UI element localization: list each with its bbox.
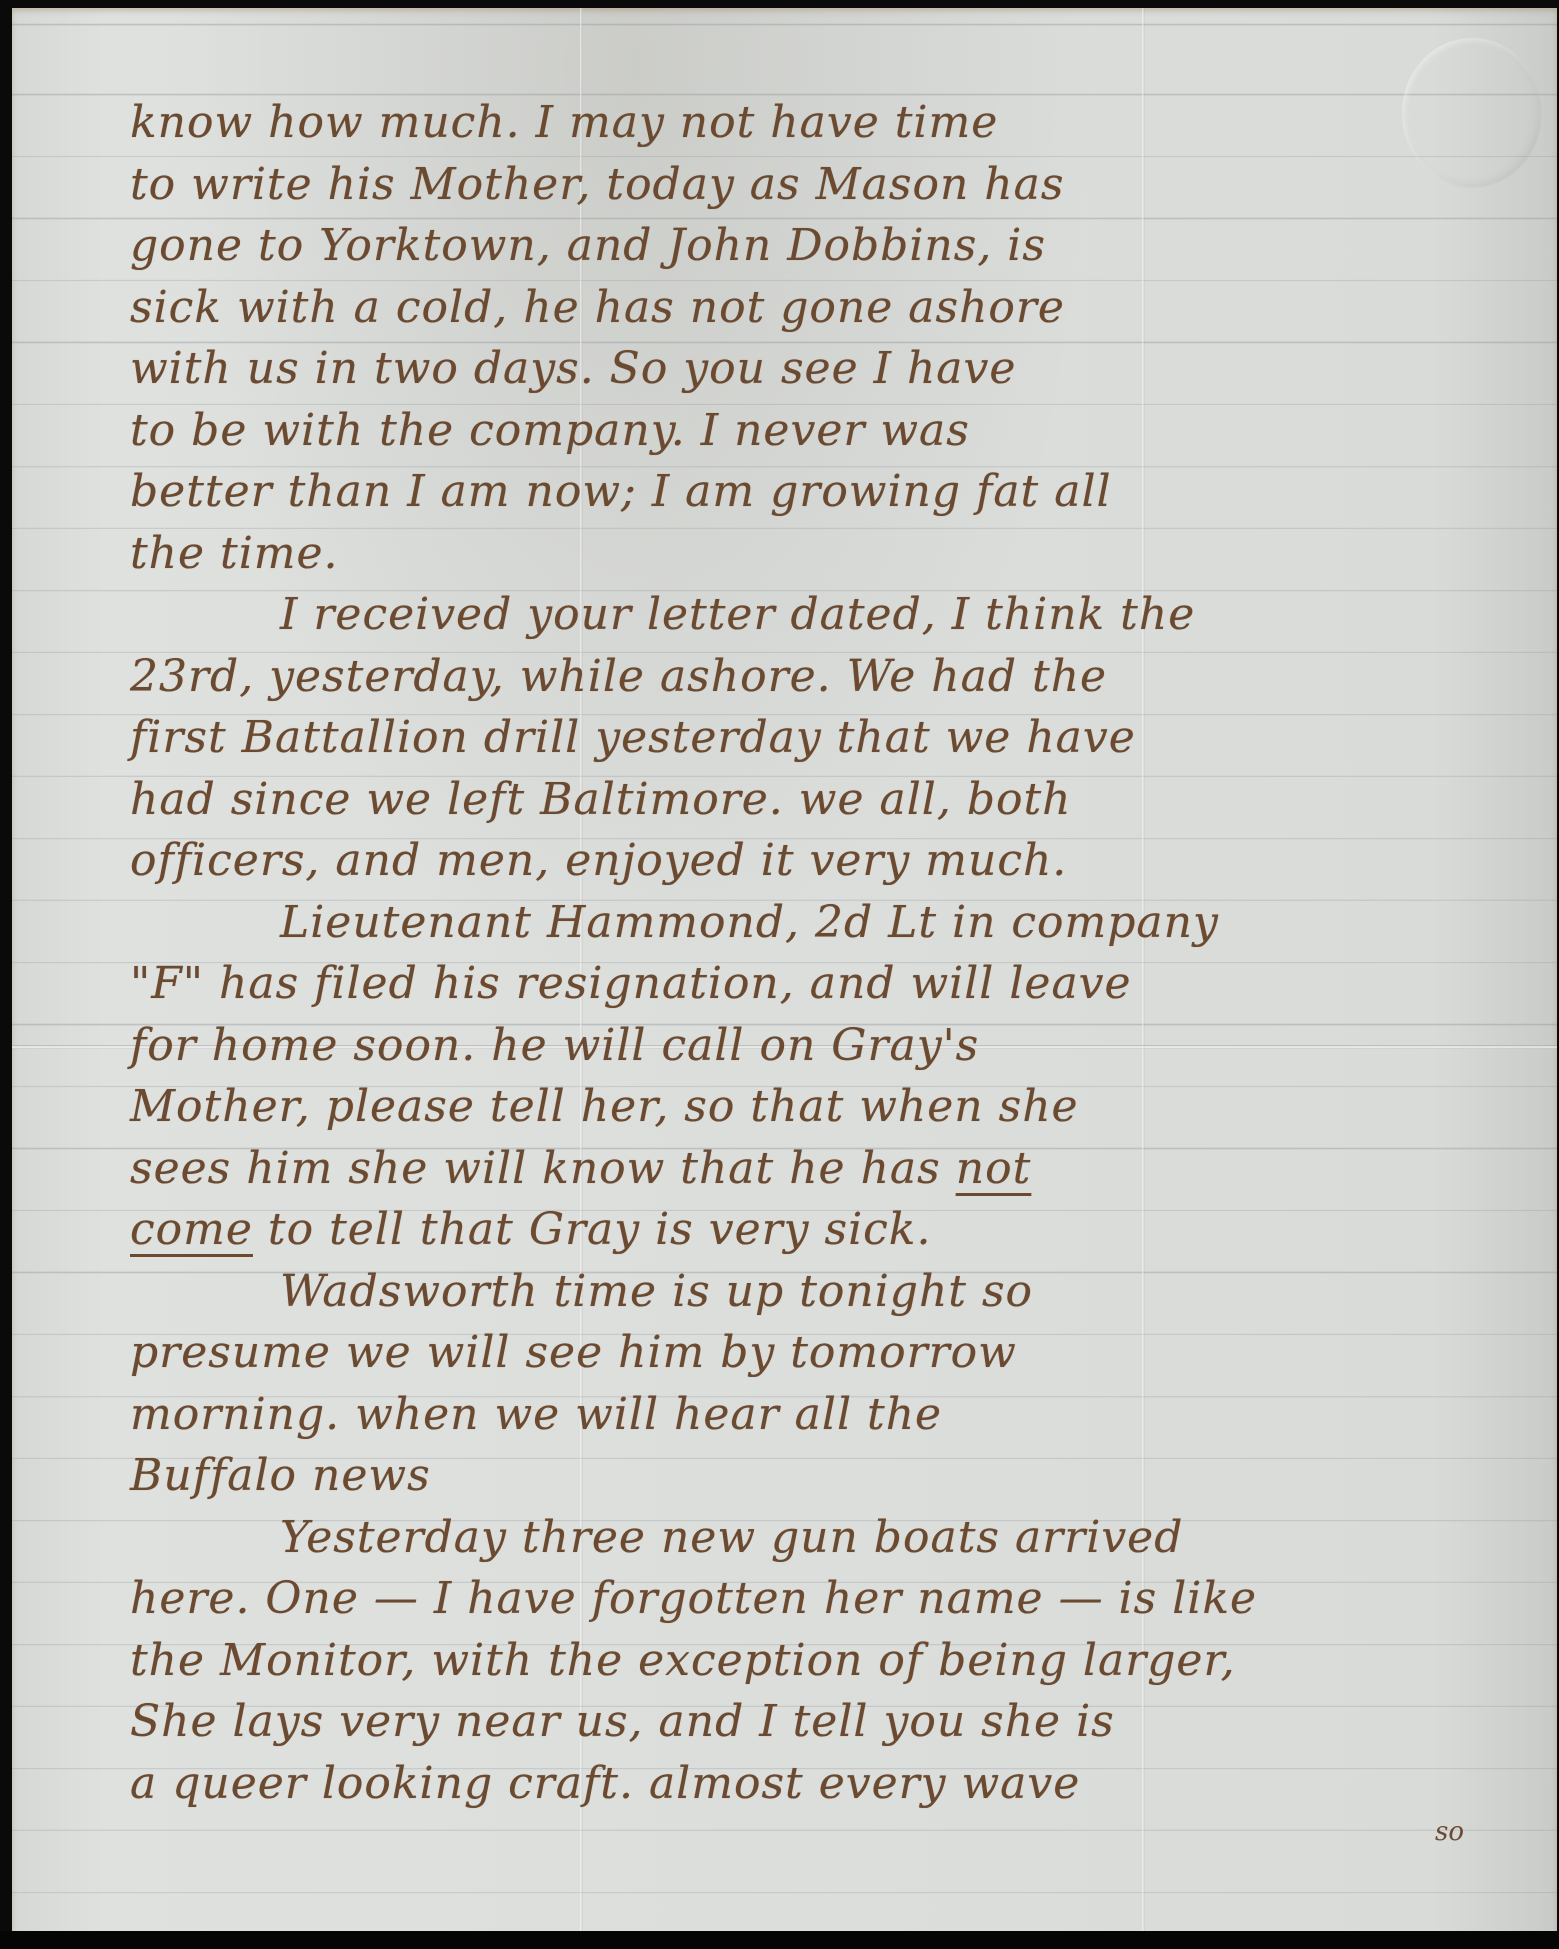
paragraph-start-line: I received your letter dated, I think th…: [130, 584, 1510, 646]
letter-line: with us in two days. So you see I have: [130, 338, 1510, 400]
letter-line: to write his Mother, today as Mason has: [130, 154, 1510, 216]
underlined-word: not: [956, 1143, 1032, 1194]
letter-line: to be with the company. I never was: [130, 400, 1510, 462]
letter-line: for home soon. he will call on Gray's: [130, 1015, 1510, 1077]
letter-line: 23rd, yesterday, while ashore. We had th…: [130, 646, 1510, 708]
letter-line-text: to tell that Gray is very sick.: [268, 1204, 932, 1255]
letter-line: morning. when we will hear all the: [130, 1384, 1510, 1446]
paragraph-start-line: Wadsworth time is up tonight so: [130, 1261, 1510, 1323]
letter-line: the Monitor, with the exception of being…: [130, 1630, 1510, 1692]
letter-line: had since we left Baltimore. we all, bot…: [130, 769, 1510, 831]
letter-line: a queer looking craft. almost every wave: [130, 1753, 1510, 1815]
letter-line-text: sees him she will know that he has: [130, 1143, 941, 1194]
letter-line: "F" has filed his resignation, and will …: [130, 953, 1510, 1015]
letter-line: come to tell that Gray is very sick.: [130, 1199, 1510, 1261]
corner-catchword: so: [1435, 1817, 1464, 1847]
letter-line: the time.: [130, 523, 1510, 585]
letter-line: presume we will see him by tomorrow: [130, 1322, 1510, 1384]
letter-line: here. One — I have forgotten her name — …: [130, 1568, 1510, 1630]
underlined-word: come: [130, 1204, 253, 1255]
scan-border: [0, 1931, 1559, 1949]
letter-line: officers, and men, enjoyed it very much.: [130, 830, 1510, 892]
letter-line: sees him she will know that he has not: [130, 1138, 1510, 1200]
letter-line: better than I am now; I am growing fat a…: [130, 461, 1510, 523]
letter-line: sick with a cold, he has not gone ashore: [130, 277, 1510, 339]
paragraph-start-line: Yesterday three new gun boats arrived: [130, 1507, 1510, 1569]
letter-line: know how much. I may not have time: [130, 92, 1510, 154]
letter-line: She lays very near us, and I tell you sh…: [130, 1691, 1510, 1753]
letter-line: Buffalo news: [130, 1445, 1510, 1507]
letter-line: gone to Yorktown, and John Dobbins, is: [130, 215, 1510, 277]
letter-line: Mother, please tell her, so that when sh…: [130, 1076, 1510, 1138]
paragraph-start-line: Lieutenant Hammond, 2d Lt in company: [130, 892, 1510, 954]
letter-body: know how much. I may not have time to wr…: [130, 92, 1510, 1814]
letter-line: first Battallion drill yesterday that we…: [130, 707, 1510, 769]
